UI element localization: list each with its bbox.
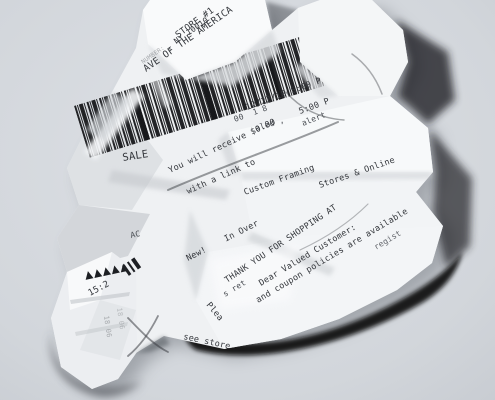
receipt-photo: STORE #1 , NY 10010 AVE OF THE AMERICA N… <box>0 0 495 400</box>
